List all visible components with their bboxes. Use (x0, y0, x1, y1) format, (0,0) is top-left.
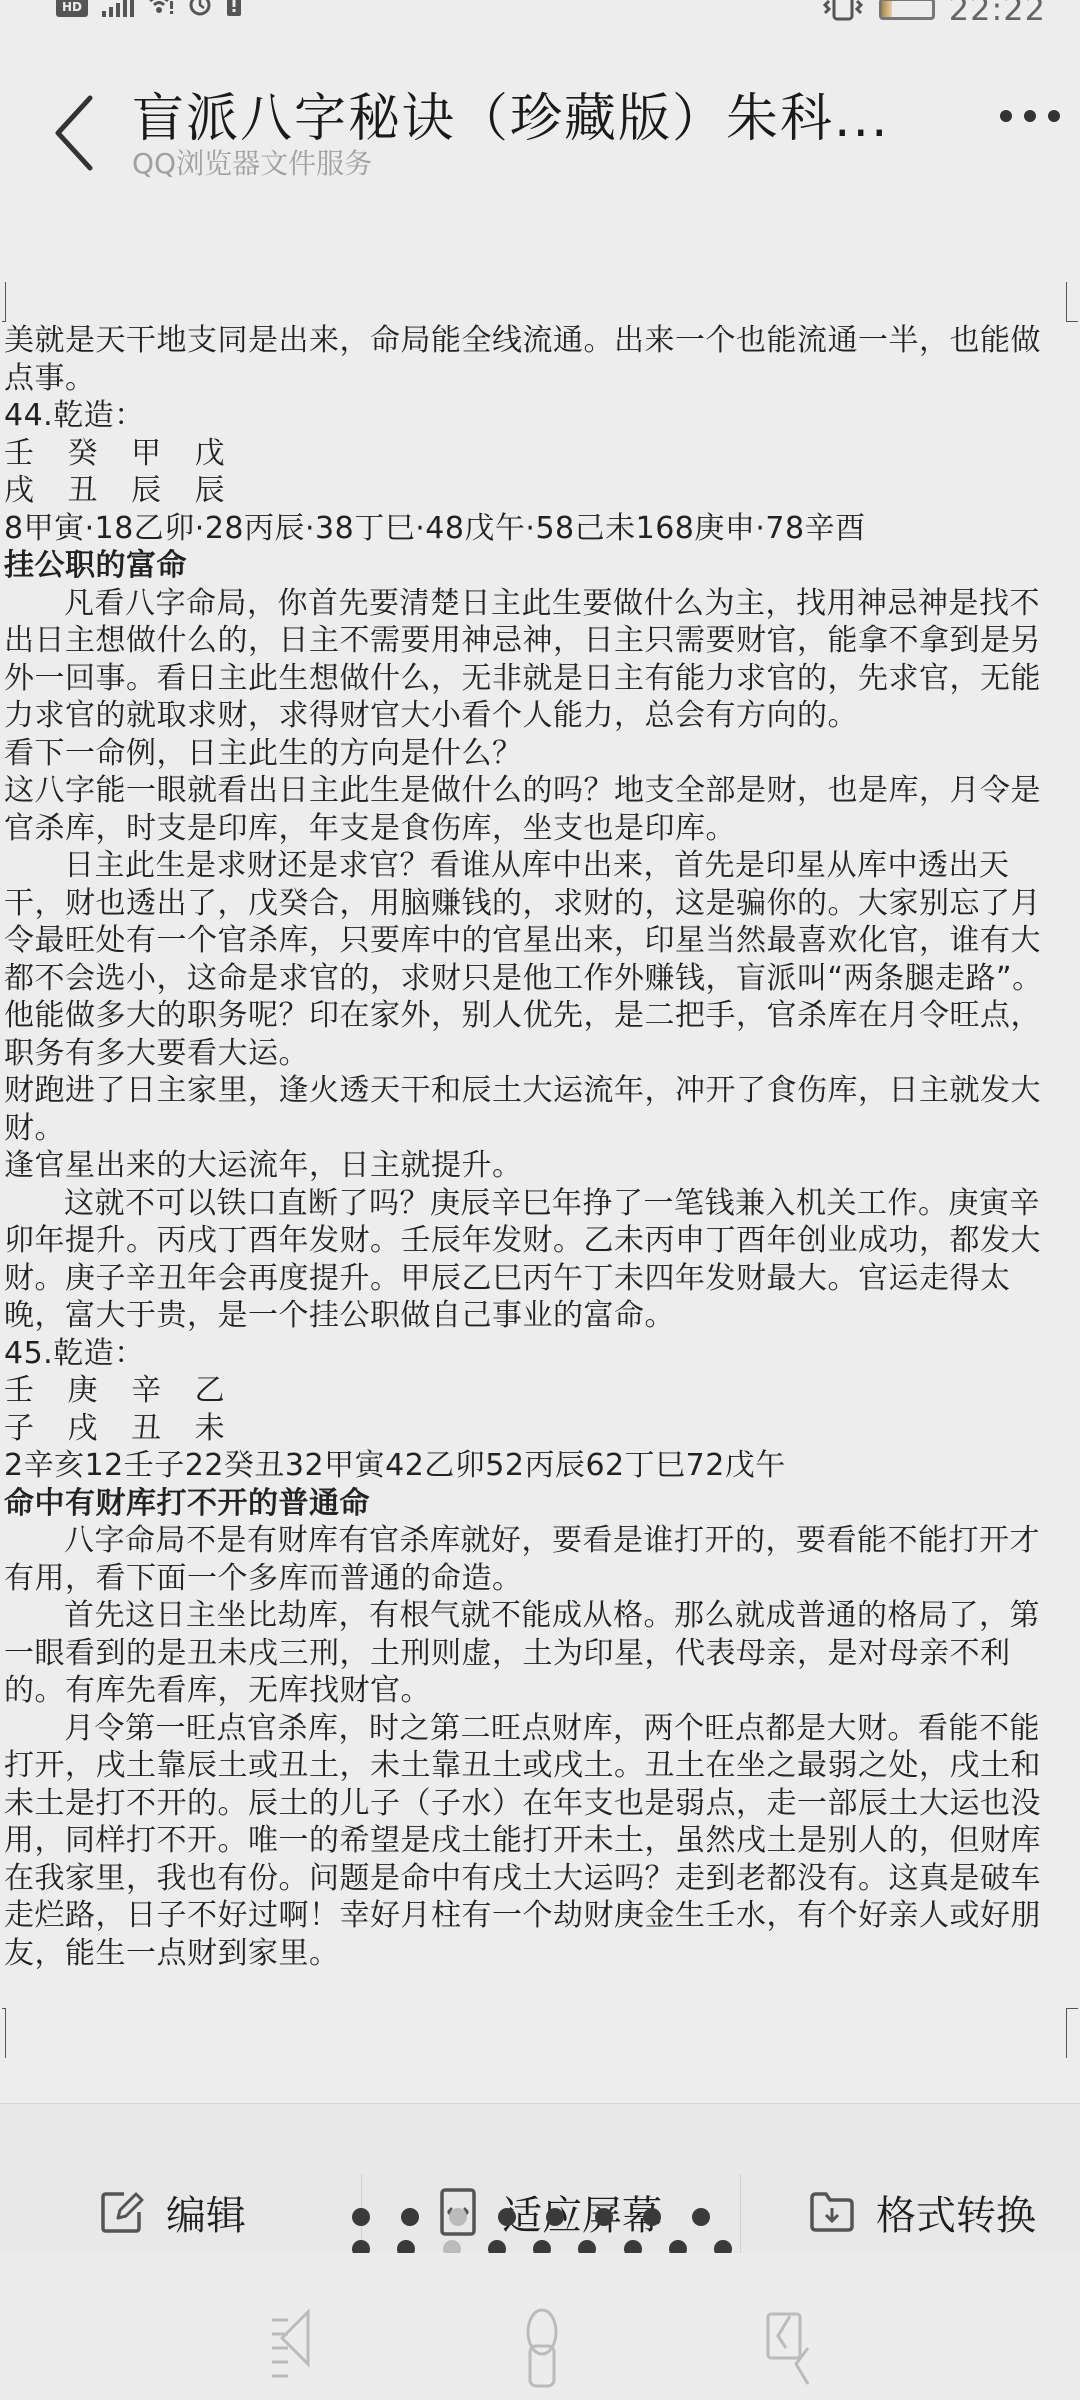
hd-icon: HD (56, 0, 88, 17)
indicator-dot (546, 2208, 564, 2226)
chart-label: 44.乾造： (4, 397, 1052, 435)
page-corner-mark (2, 2008, 6, 2058)
document-text: 美就是天干地支同是出来，命局能全线流通。出来一个也能流通一半，也能做点事。 44… (4, 322, 1052, 1972)
page-corner-mark (1066, 2008, 1078, 2058)
vibrate-icon (821, 0, 865, 24)
menu-icon (262, 2308, 322, 2388)
paragraph: 财跑进了日主家里，逢火透天干和辰土大运流年，冲开了食伤库，日主就发大财。 (4, 1072, 1052, 1147)
paragraph: 首先这日主坐比劫库，有根气就不能成从格。那么就成普通的格局了，第一眼看到的是丑未… (4, 1597, 1052, 1710)
chart-label: 45.乾造： (4, 1335, 1052, 1373)
indicator-dot (595, 2208, 613, 2226)
page-indicator-row-1 (352, 2208, 710, 2226)
paragraph: 逢官星出来的大运流年，日主就提升。 (4, 1147, 1052, 1185)
system-nav-bar (0, 2253, 1080, 2400)
toolbar-divider (740, 2174, 741, 2264)
app-header: 盲派八字秘诀（珍藏版）朱科... QQ浏览器文件服务 (0, 40, 1080, 200)
luck-cycles: 2辛亥12壬子22癸丑32甲寅42乙卯52丙辰62丁巳72戊午 (4, 1447, 1052, 1485)
chevron-left-icon (46, 88, 106, 178)
page-corner-mark (1066, 282, 1078, 322)
wifi-icon (148, 0, 174, 18)
paragraph: 月令第一旺点官杀库，时之第二旺点财库，两个旺点都是大财。看能不能打开，戌土靠辰土… (4, 1710, 1052, 1973)
section-heading: 命中有财库打不开的普通命 (4, 1485, 1052, 1523)
signal-icon (102, 0, 134, 17)
edit-button[interactable]: 编辑 (98, 2184, 246, 2240)
paragraph: 凡看八字命局，你首先要清楚日主此生要做什么为主，找用神忌神是找不出日主想做什么的… (4, 585, 1052, 735)
paragraph: 这就不可以铁口直断了吗？庚辰辛巳年挣了一笔钱兼入机关工作。庚寅辛卯年提升。丙戌丁… (4, 1185, 1052, 1335)
indicator-dot-active (449, 2208, 467, 2226)
paragraph: 八字命局不是有财库有官杀库就好，要看是谁打开的，要看能不能打开才有用，看下面一个… (4, 1522, 1052, 1597)
earthly-branches: 子 戌 丑 未 (4, 1410, 1052, 1448)
document-title: 盲派八字秘诀（珍藏版）朱科... (132, 76, 890, 151)
document-page[interactable]: 美就是天干地支同是出来，命局能全线流通。出来一个也能流通一半，也能做点事。 44… (0, 200, 1080, 2100)
luck-cycles: 8甲寅·18乙卯·28丙辰·38丁巳·48戊午·58己未168庚申·78辛酉 (4, 510, 1052, 548)
bottom-toolbar: 编辑 适应屏幕 格式转换 (0, 2103, 1080, 2253)
back-icon (762, 2308, 822, 2388)
back-button[interactable] (46, 88, 106, 178)
more-horizontal-icon (1000, 110, 1012, 122)
edit-label: 编辑 (166, 2184, 246, 2241)
status-bar: HD 22:22 (0, 0, 1080, 22)
folder-download-icon (808, 2188, 856, 2236)
indicator-dot (401, 2208, 419, 2226)
earthly-branches: 戌 丑 辰 辰 (4, 472, 1052, 510)
home-icon (512, 2308, 572, 2388)
status-icons-left: HD (56, 0, 242, 19)
nav-home-button[interactable] (512, 2308, 572, 2388)
battery-icon (879, 0, 935, 20)
status-time: 22:22 (949, 0, 1046, 28)
indicator-dot (352, 2208, 370, 2226)
paragraph: 美就是天干地支同是出来，命局能全线流通。出来一个也能流通一半，也能做点事。 (4, 322, 1052, 397)
heavenly-stems: 壬 癸 甲 戊 (4, 435, 1052, 473)
heavenly-stems: 壬 庚 辛 乙 (4, 1372, 1052, 1410)
format-convert-label: 格式转换 (876, 2184, 1036, 2241)
more-dot (1048, 110, 1060, 122)
document-subtitle: QQ浏览器文件服务 (132, 142, 372, 182)
paragraph: 他能做多大的职务呢？印在家外，别人优先，是二把手，官杀库在月令旺点，职务有多大要… (4, 997, 1052, 1072)
nav-back-button[interactable] (762, 2308, 822, 2388)
section-heading: 挂公职的富命 (4, 547, 1052, 585)
alarm-icon (188, 0, 212, 19)
paragraph: 看下一命例，日主此生的方向是什么？ (4, 735, 1052, 773)
status-icons-right: 22:22 (821, 0, 1046, 28)
nav-menu-button[interactable] (262, 2308, 322, 2388)
indicator-dot (643, 2208, 661, 2226)
page-corner-mark (2, 282, 6, 322)
indicator-dot (498, 2208, 516, 2226)
more-dot (1024, 110, 1036, 122)
edit-icon (98, 2188, 146, 2236)
paragraph: 这八字能一眼就看出日主此生是做什么的吗？地支全部是财，也是库，月令是官杀库，时支… (4, 772, 1052, 847)
indicator-dot (692, 2208, 710, 2226)
format-convert-button[interactable]: 格式转换 (808, 2184, 1036, 2240)
notification-icon (226, 0, 242, 19)
more-button[interactable] (1000, 110, 1060, 122)
paragraph: 日主此生是求财还是求官？看谁从库中出来，首先是印星从库中透出天干，财也透出了，戊… (4, 847, 1052, 997)
